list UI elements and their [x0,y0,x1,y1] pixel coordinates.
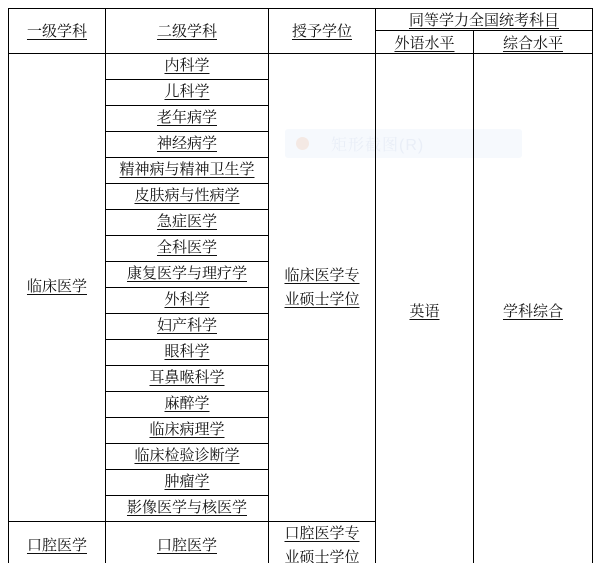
cell-subdiscipline: 肿瘤学 [106,470,269,496]
header-second-level-discipline: 二级学科 [106,9,269,54]
cell-subdiscipline: 老年病学 [106,106,269,132]
cell-subdiscipline: 全科医学 [106,236,269,262]
header-foreign-language-level: 外语水平 [376,31,474,54]
cell-subdiscipline: 临床检验诊断学 [106,444,269,470]
cell-subdiscipline: 皮肤病与性病学 [106,184,269,210]
header-first-level-discipline: 一级学科 [9,9,106,54]
cell-subdiscipline: 康复医学与理疗学 [106,262,269,288]
cell-subdiscipline: 内科学 [106,54,269,80]
degree-text: 临床医学专业硕士学位 [282,264,362,312]
header-exam-group: 同等学力全国统考科目 [376,9,593,31]
cell-subdiscipline: 耳鼻喉科学 [106,366,269,392]
cell-subdiscipline: 急症医学 [106,210,269,236]
header-row-1: 一级学科 二级学科 授予学位 同等学力全国统考科目 [9,9,593,31]
cell-degree-stomatology: 口腔医学专业硕士学位 [269,522,376,563]
cell-subdiscipline: 神经病学 [106,132,269,158]
cell-subdiscipline: 眼科学 [106,340,269,366]
cell-discipline-stomatology: 口腔医学 [9,522,106,563]
cell-subdiscipline: 口腔医学 [106,522,269,563]
table-row: 临床医学 内科学 临床医学专业硕士学位 英语 学科综合 [9,54,593,80]
header-comprehensive-level: 综合水平 [474,31,593,54]
cell-subdiscipline: 外科学 [106,288,269,314]
header-degree: 授予学位 [269,9,376,54]
cell-subdiscipline: 精神病与精神卫生学 [106,158,269,184]
discipline-degree-table: 一级学科 二级学科 授予学位 同等学力全国统考科目 外语水平 综合水平 临床医学… [8,8,593,563]
cell-subdiscipline: 儿科学 [106,80,269,106]
cell-discipline-clinical-medicine: 临床医学 [9,54,106,522]
cell-subdiscipline: 妇产科学 [106,314,269,340]
cell-subdiscipline: 临床病理学 [106,418,269,444]
degree-text: 口腔医学专业硕士学位 [282,522,362,563]
cell-degree-clinical-medicine: 临床医学专业硕士学位 [269,54,376,522]
cell-subdiscipline: 影像医学与核医学 [106,496,269,522]
cell-subdiscipline: 麻醉学 [106,392,269,418]
cell-exam-foreign-language: 英语 [376,54,474,563]
cell-exam-comprehensive: 学科综合 [474,54,593,563]
